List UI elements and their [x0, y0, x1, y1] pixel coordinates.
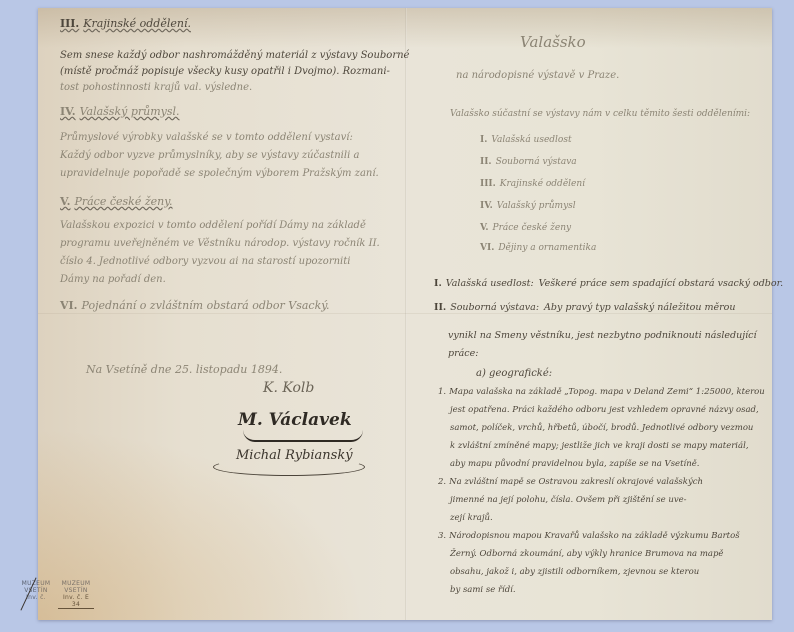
- section-heading: IV.Valašský průmysl.: [60, 106, 180, 118]
- museum-stamp: MUZEUM VSETÍN Inv. č.: [18, 580, 54, 601]
- text-line: Mapa valašska na základě „Topog. mapa v …: [449, 387, 765, 397]
- numbered-item: 2.Na zvláštní mapě se Ostravou zakreslí …: [438, 476, 703, 488]
- point-heading: Souborná výstava:: [450, 302, 539, 313]
- numbered-item: 1.Mapa valašska na základě „Topog. mapa …: [438, 386, 765, 398]
- section-numeral: VI.: [60, 299, 78, 312]
- division-item: II.Souborná výstava: [480, 156, 577, 168]
- text-line: Průmyslové výrobky valašské se v tomto o…: [60, 132, 353, 144]
- division-label: Souborná výstava: [496, 157, 577, 167]
- division-numeral: II.: [480, 157, 492, 167]
- signature-flourish: [213, 458, 365, 476]
- text-line: k zvláštní zmíněné mapy; jestliže jich v…: [450, 440, 749, 452]
- section-heading: VI.Pojednání o zvláštním obstará odbor V…: [60, 300, 330, 312]
- division-label: Práce české ženy: [493, 223, 572, 233]
- division-item: III.Krajinské oddělení: [480, 178, 585, 190]
- text-line: programu uveřejněném ve Věstníku národop…: [60, 238, 380, 250]
- item-number: 2.: [438, 477, 446, 487]
- stamp-line: Inv. č.: [18, 594, 54, 601]
- section-title: Valašský průmysl.: [80, 105, 180, 118]
- division-item: V.Práce české ženy: [480, 222, 571, 234]
- point-item: I.Valašská usedlost:Veškeré práce sem sp…: [434, 278, 783, 290]
- text-line: zejí krajů.: [450, 512, 493, 524]
- document-title: Valašsko: [520, 36, 586, 48]
- text-line: jest opatřena. Práci každého odboru jest…: [450, 404, 759, 416]
- text-line: vynikl na Smeny věstníku, jest nezbytno …: [448, 330, 757, 342]
- stamp-line: MUZEUM: [58, 580, 94, 587]
- signature: K. Kolb: [263, 380, 314, 396]
- signature-flourish: [243, 430, 363, 442]
- text-line: (místě pročmáž popisuje všecky kusy opat…: [60, 66, 390, 78]
- text-line: Veškeré práce sem spadající obstará vsac…: [539, 278, 783, 289]
- stamp-line: VSETÍN: [18, 587, 54, 594]
- text-line: samot, políček, vrchů, hřbetů, úbočí, br…: [450, 422, 753, 434]
- text-line: jimenné na její polohu, čísla. Ovšem při…: [450, 494, 687, 506]
- division-numeral: I.: [480, 135, 487, 145]
- center-fold: [405, 8, 407, 620]
- division-label: Valašská usedlost: [491, 135, 571, 145]
- stamp-line: MUZEUM: [18, 580, 54, 587]
- item-number: 1.: [438, 387, 446, 397]
- division-label: Dějiny a ornamentika: [498, 243, 596, 253]
- text-line: Dámy na pořadí den.: [60, 274, 166, 286]
- division-label: Krajinské oddělení: [500, 179, 585, 189]
- division-item: IV.Valašský průmysl: [480, 200, 576, 212]
- text-line: Žerný. Odborná zkoumání, aby výkly hrani…: [450, 548, 723, 560]
- division-numeral: VI.: [480, 243, 494, 253]
- section-heading: III.Krajinské oddělení.: [60, 18, 191, 30]
- section-heading: V.Práce české ženy.: [60, 196, 172, 208]
- text-line: Valašskou expozici v tomto oddělení poří…: [60, 220, 366, 232]
- numbered-item: 3.Národopisnou mapou Kravařů valašsko na…: [438, 530, 740, 542]
- division-numeral: IV.: [480, 201, 493, 211]
- text-line: upravidelnuje popořadě se společným výbo…: [60, 168, 379, 180]
- point-numeral: II.: [434, 302, 446, 313]
- text-line: Sem snese každý odbor nashromážděný mate…: [60, 50, 409, 62]
- section-title: Pojednání o zvláštním obstará odbor Vsac…: [82, 299, 330, 312]
- document-subtitle: na národopisné výstavě v Praze.: [456, 70, 619, 82]
- text-line: by sami se řídí.: [450, 584, 516, 596]
- division-numeral: V.: [480, 223, 489, 233]
- point-item: II.Souborná výstava:Aby pravý typ valašs…: [434, 302, 735, 314]
- division-item: VI.Dějiny a ornamentika: [480, 242, 596, 254]
- text-line: Na zvláštní mapě se Ostravou zakreslí ok…: [449, 477, 703, 487]
- section-numeral: IV.: [60, 105, 76, 118]
- intro-text: Valašsko súčastní se výstavy nám v celku…: [450, 108, 750, 120]
- text-line: práce:: [448, 348, 478, 360]
- museum-stamp: MUZEUM VSETÍN Inv. č. E 34: [58, 580, 94, 609]
- text-line: aby mapu původní pravidelnou byla, zapíš…: [450, 458, 699, 470]
- section-numeral: III.: [60, 17, 79, 30]
- division-label: Valašský průmysl: [497, 201, 576, 211]
- text-line: obsahu, jakož i, aby zjistili odborníkem…: [450, 566, 699, 578]
- place-date: Na Vsetíně dne 25. listopadu 1894.: [86, 364, 282, 376]
- section-numeral: V.: [60, 195, 70, 208]
- document-paper: III.Krajinské oddělení. Sem snese každý …: [38, 8, 772, 620]
- stamp-line: Inv. č. E 34: [58, 594, 94, 609]
- item-number: 3.: [438, 531, 446, 541]
- division-item: I.Valašská usedlost: [480, 134, 572, 146]
- signature: Michal Rybianský: [236, 448, 353, 463]
- subsection-heading: a) geografické:: [476, 368, 552, 380]
- text-line: Národopisnou mapou Kravařů valašsko na z…: [449, 531, 739, 541]
- section-title: Práce české ženy.: [74, 195, 172, 208]
- text-line: Aby pravý typ valašský náležitou měrou: [544, 302, 735, 313]
- stamp-line: VSETÍN: [58, 587, 94, 594]
- point-heading: Valašská usedlost:: [446, 278, 534, 289]
- text-line: Každý odbor vyzve průmyslníky, aby se vý…: [60, 150, 359, 162]
- text-line: číslo 4. Jednotlivé odbory vyzvou ai na …: [60, 256, 350, 268]
- division-numeral: III.: [480, 179, 496, 189]
- point-numeral: I.: [434, 278, 442, 289]
- signature: M. Václavek: [238, 410, 352, 430]
- section-title: Krajinské oddělení.: [83, 17, 191, 30]
- text-line: tost pohostinnosti krajů val. výsledne.: [60, 82, 252, 94]
